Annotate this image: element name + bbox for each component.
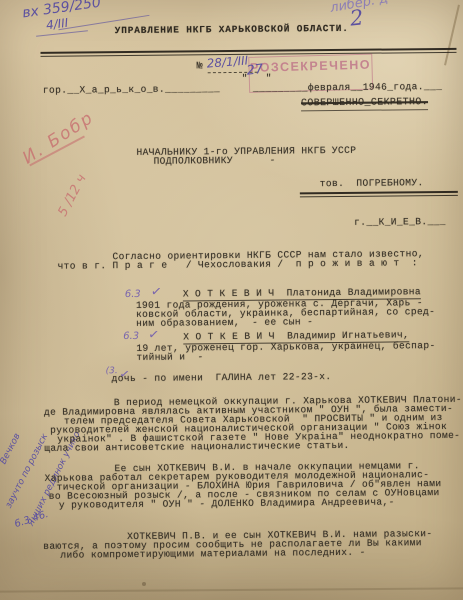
recipient-line-2: ПОДПОЛКОВНИКУ - bbox=[154, 156, 276, 167]
entry2-check-icon: ✓ bbox=[147, 327, 160, 343]
para4-line-3: либо компрометирующими материалами на по… bbox=[60, 548, 365, 561]
doc-number-prefix: № bbox=[197, 62, 203, 72]
para2-line-6: щала свои антисоветские националистическ… bbox=[44, 441, 349, 454]
org-title: УПРАВЛЕНИЕ НКГБ ХАРЬКОВСКОЙ ОБЛАСТИ. bbox=[0, 23, 463, 37]
typed-text-layer: УПРАВЛЕНИЕ НКГБ ХАРЬКОВСКОЙ ОБЛАСТИ. № 2… bbox=[0, 0, 463, 600]
para3-line-5: у руководителя " ОУН " - ДОЛЕНКО Владими… bbox=[59, 497, 395, 510]
letterhead-rule bbox=[40, 48, 456, 57]
addressee: тов. ПОГРЕБНОМУ. bbox=[320, 178, 424, 189]
entry2-line-2: тийный и - bbox=[136, 352, 203, 363]
ink-dot bbox=[142, 582, 146, 586]
addressee-rule bbox=[300, 191, 458, 198]
date-day-handwritten: 27 bbox=[246, 62, 264, 79]
entry1-check-icon: ✓ bbox=[150, 284, 163, 300]
intro-line-2: что в г. П р а г е / Чехословакия / п р … bbox=[58, 258, 418, 271]
entry2-margin-mark: 6.3 bbox=[123, 331, 139, 342]
daughter-line: дочь - по имени ГАЛИНА лет 22-23-х. bbox=[112, 372, 332, 384]
secrecy-note: СОВЕРШЕННО_СЕКРЕТНО. bbox=[301, 98, 428, 111]
doc-number-handwritten: 28/1/ІІІ bbox=[206, 53, 249, 70]
city-line: гор.__Х_а_р_ь_к_о_в._________ bbox=[43, 84, 220, 96]
scanned-document-page: вх 359/250 4/ІІІ либер. д 2 И. Бобр 5 /1… bbox=[0, 0, 463, 600]
date-line: _________февраля__1946_года.___ bbox=[253, 82, 442, 94]
entry1-margin-mark: 6.3 bbox=[125, 289, 141, 300]
recipient-city: г.__К_И_Е_В.___ bbox=[354, 217, 446, 228]
entry1-line-3: ним образованием, - ее сын - bbox=[136, 317, 313, 329]
